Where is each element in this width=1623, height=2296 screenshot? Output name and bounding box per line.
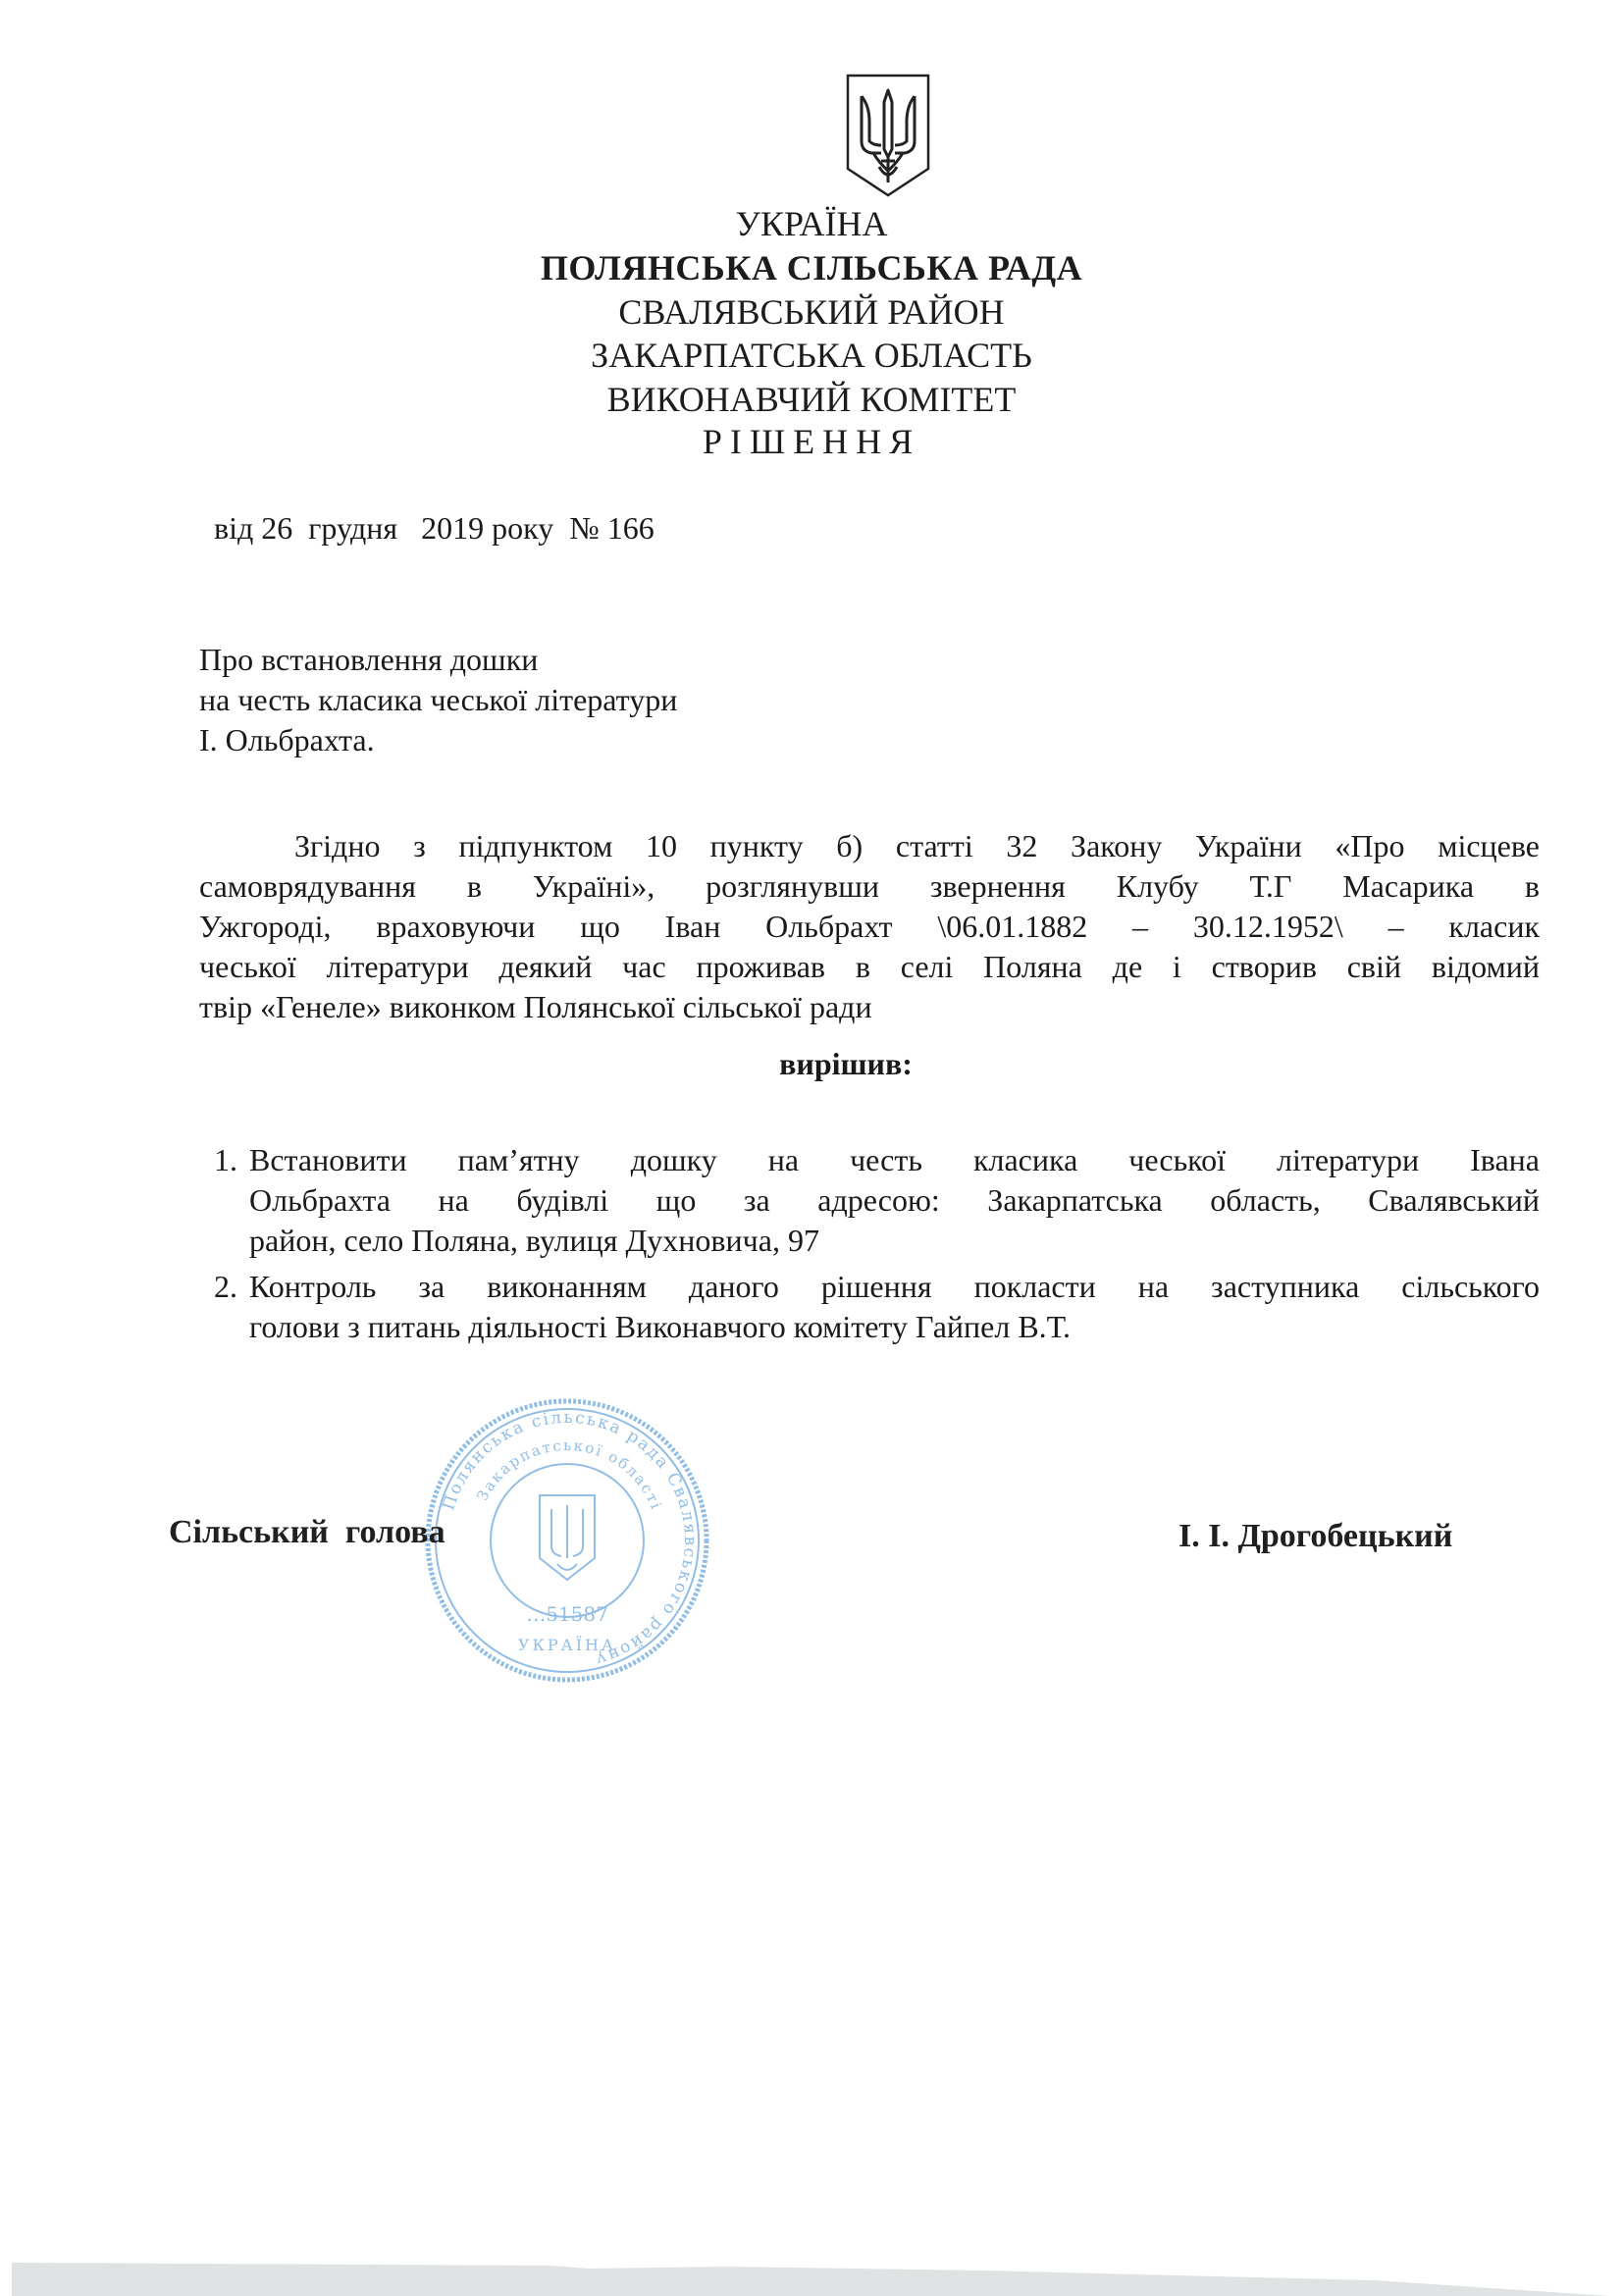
- decision-line: район, село Поляна, вулиця Духновича, 97: [249, 1221, 1540, 1261]
- preamble-line: самоврядування в Україні», розглянувши з…: [199, 866, 1540, 907]
- stamp-code: …51587: [526, 1602, 608, 1626]
- subject-line: на честь класика чеської літератури: [199, 680, 677, 720]
- decision-item: 1. Встановити пам’ятну дошку на честь кл…: [199, 1140, 1540, 1261]
- preamble-line: Згідно з підпунктом 10 пункту б) статті …: [199, 826, 1540, 866]
- header-district: СВАЛЯВСЬКИЙ РАЙОН: [0, 290, 1623, 334]
- decisions-list: 1. Встановити пам’ятну дошку на честь кл…: [199, 1140, 1540, 1353]
- header-council: ПОЛЯНСЬКА СІЛЬСЬКА РАДА: [0, 246, 1623, 289]
- decision-item: 2. Контроль за виконанням даного рішення…: [199, 1267, 1540, 1347]
- tryzub-coat-of-arms-icon: [844, 73, 932, 198]
- official-stamp: Полянська сільська рада Свалявського рай…: [420, 1393, 714, 1688]
- signatory-name: І. І. Дрогобецький: [1178, 1517, 1452, 1556]
- coat-of-arms-icon: [540, 1495, 595, 1580]
- decision-subject: Про встановлення дошки на честь класика …: [199, 640, 677, 760]
- decision-line: Контроль за виконанням даного рішення по…: [249, 1267, 1540, 1307]
- signatory-title: Сільський голова: [169, 1513, 445, 1552]
- stamp-bottom-text: УКРАЇНА: [518, 1635, 616, 1654]
- decision-number: 1.: [214, 1140, 237, 1180]
- decision-line: Ольбрахта на будівлі що за адресою: Зака…: [249, 1180, 1540, 1221]
- document-type-title: РІШЕННЯ: [0, 420, 1623, 463]
- preamble-line: чеської літератури деякий час проживав в…: [199, 947, 1540, 987]
- preamble-line: Ужгороді, враховуючи що Іван Ольбрахт \0…: [199, 907, 1540, 947]
- header-committee: ВИКОНАВЧИЙ КОМІТЕТ: [0, 378, 1623, 421]
- document-page: УКРАЇНА ПОЛЯНСЬКА СІЛЬСЬКА РАДА СВАЛЯВСЬ…: [0, 0, 1623, 2296]
- decision-date-number: від 26 грудня 2019 року № 166: [214, 508, 654, 548]
- preamble-line: твір «Генеле» виконком Полянської сільсь…: [199, 987, 1540, 1027]
- decided-heading: вирішив:: [0, 1044, 1623, 1083]
- subject-line: Про встановлення дошки: [199, 640, 677, 680]
- decision-line: Встановити пам’ятну дошку на честь класи…: [249, 1140, 1540, 1180]
- decision-line: голови з питань діяльності Виконавчого к…: [249, 1307, 1540, 1347]
- decision-number: 2.: [214, 1267, 237, 1307]
- header-region: ЗАКАРПАТСЬКА ОБЛАСТЬ: [0, 334, 1623, 377]
- preamble-paragraph: Згідно з підпунктом 10 пункту б) статті …: [199, 826, 1540, 1027]
- scan-edge-shadow: [0, 2263, 1623, 2296]
- header-country: УКРАЇНА: [0, 202, 1623, 245]
- subject-line: І. Ольбрахта.: [199, 720, 677, 760]
